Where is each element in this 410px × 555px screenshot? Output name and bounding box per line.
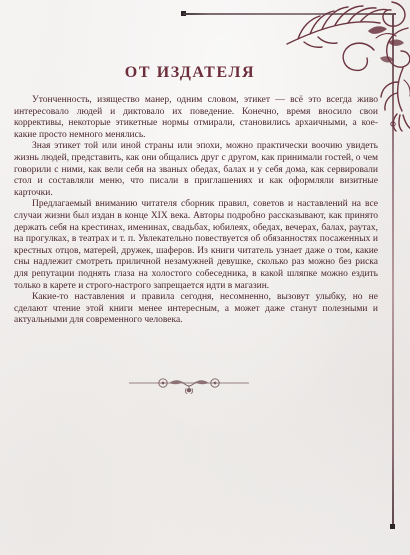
publisher-note-text: Утонченность, изящество манер, одним сло… bbox=[14, 95, 378, 327]
ornamental-divider-icon bbox=[129, 375, 249, 395]
right-rule-terminal-square bbox=[390, 524, 395, 529]
paragraph-1: Утонченность, изящество манер, одним сло… bbox=[14, 95, 378, 141]
paragraph-3: Предлагаемый вниманию читателя сборник п… bbox=[14, 199, 378, 292]
book-page: ОТ ИЗДАТЕЛЯ Утонченность, изящество мане… bbox=[0, 0, 410, 555]
page-title: ОТ ИЗДАТЕЛЯ bbox=[0, 64, 380, 82]
paragraph-2: Зная этикет той или иной страны или эпох… bbox=[14, 141, 378, 199]
paragraph-4: Какие-то наставления и правила сегодня, … bbox=[14, 292, 378, 327]
